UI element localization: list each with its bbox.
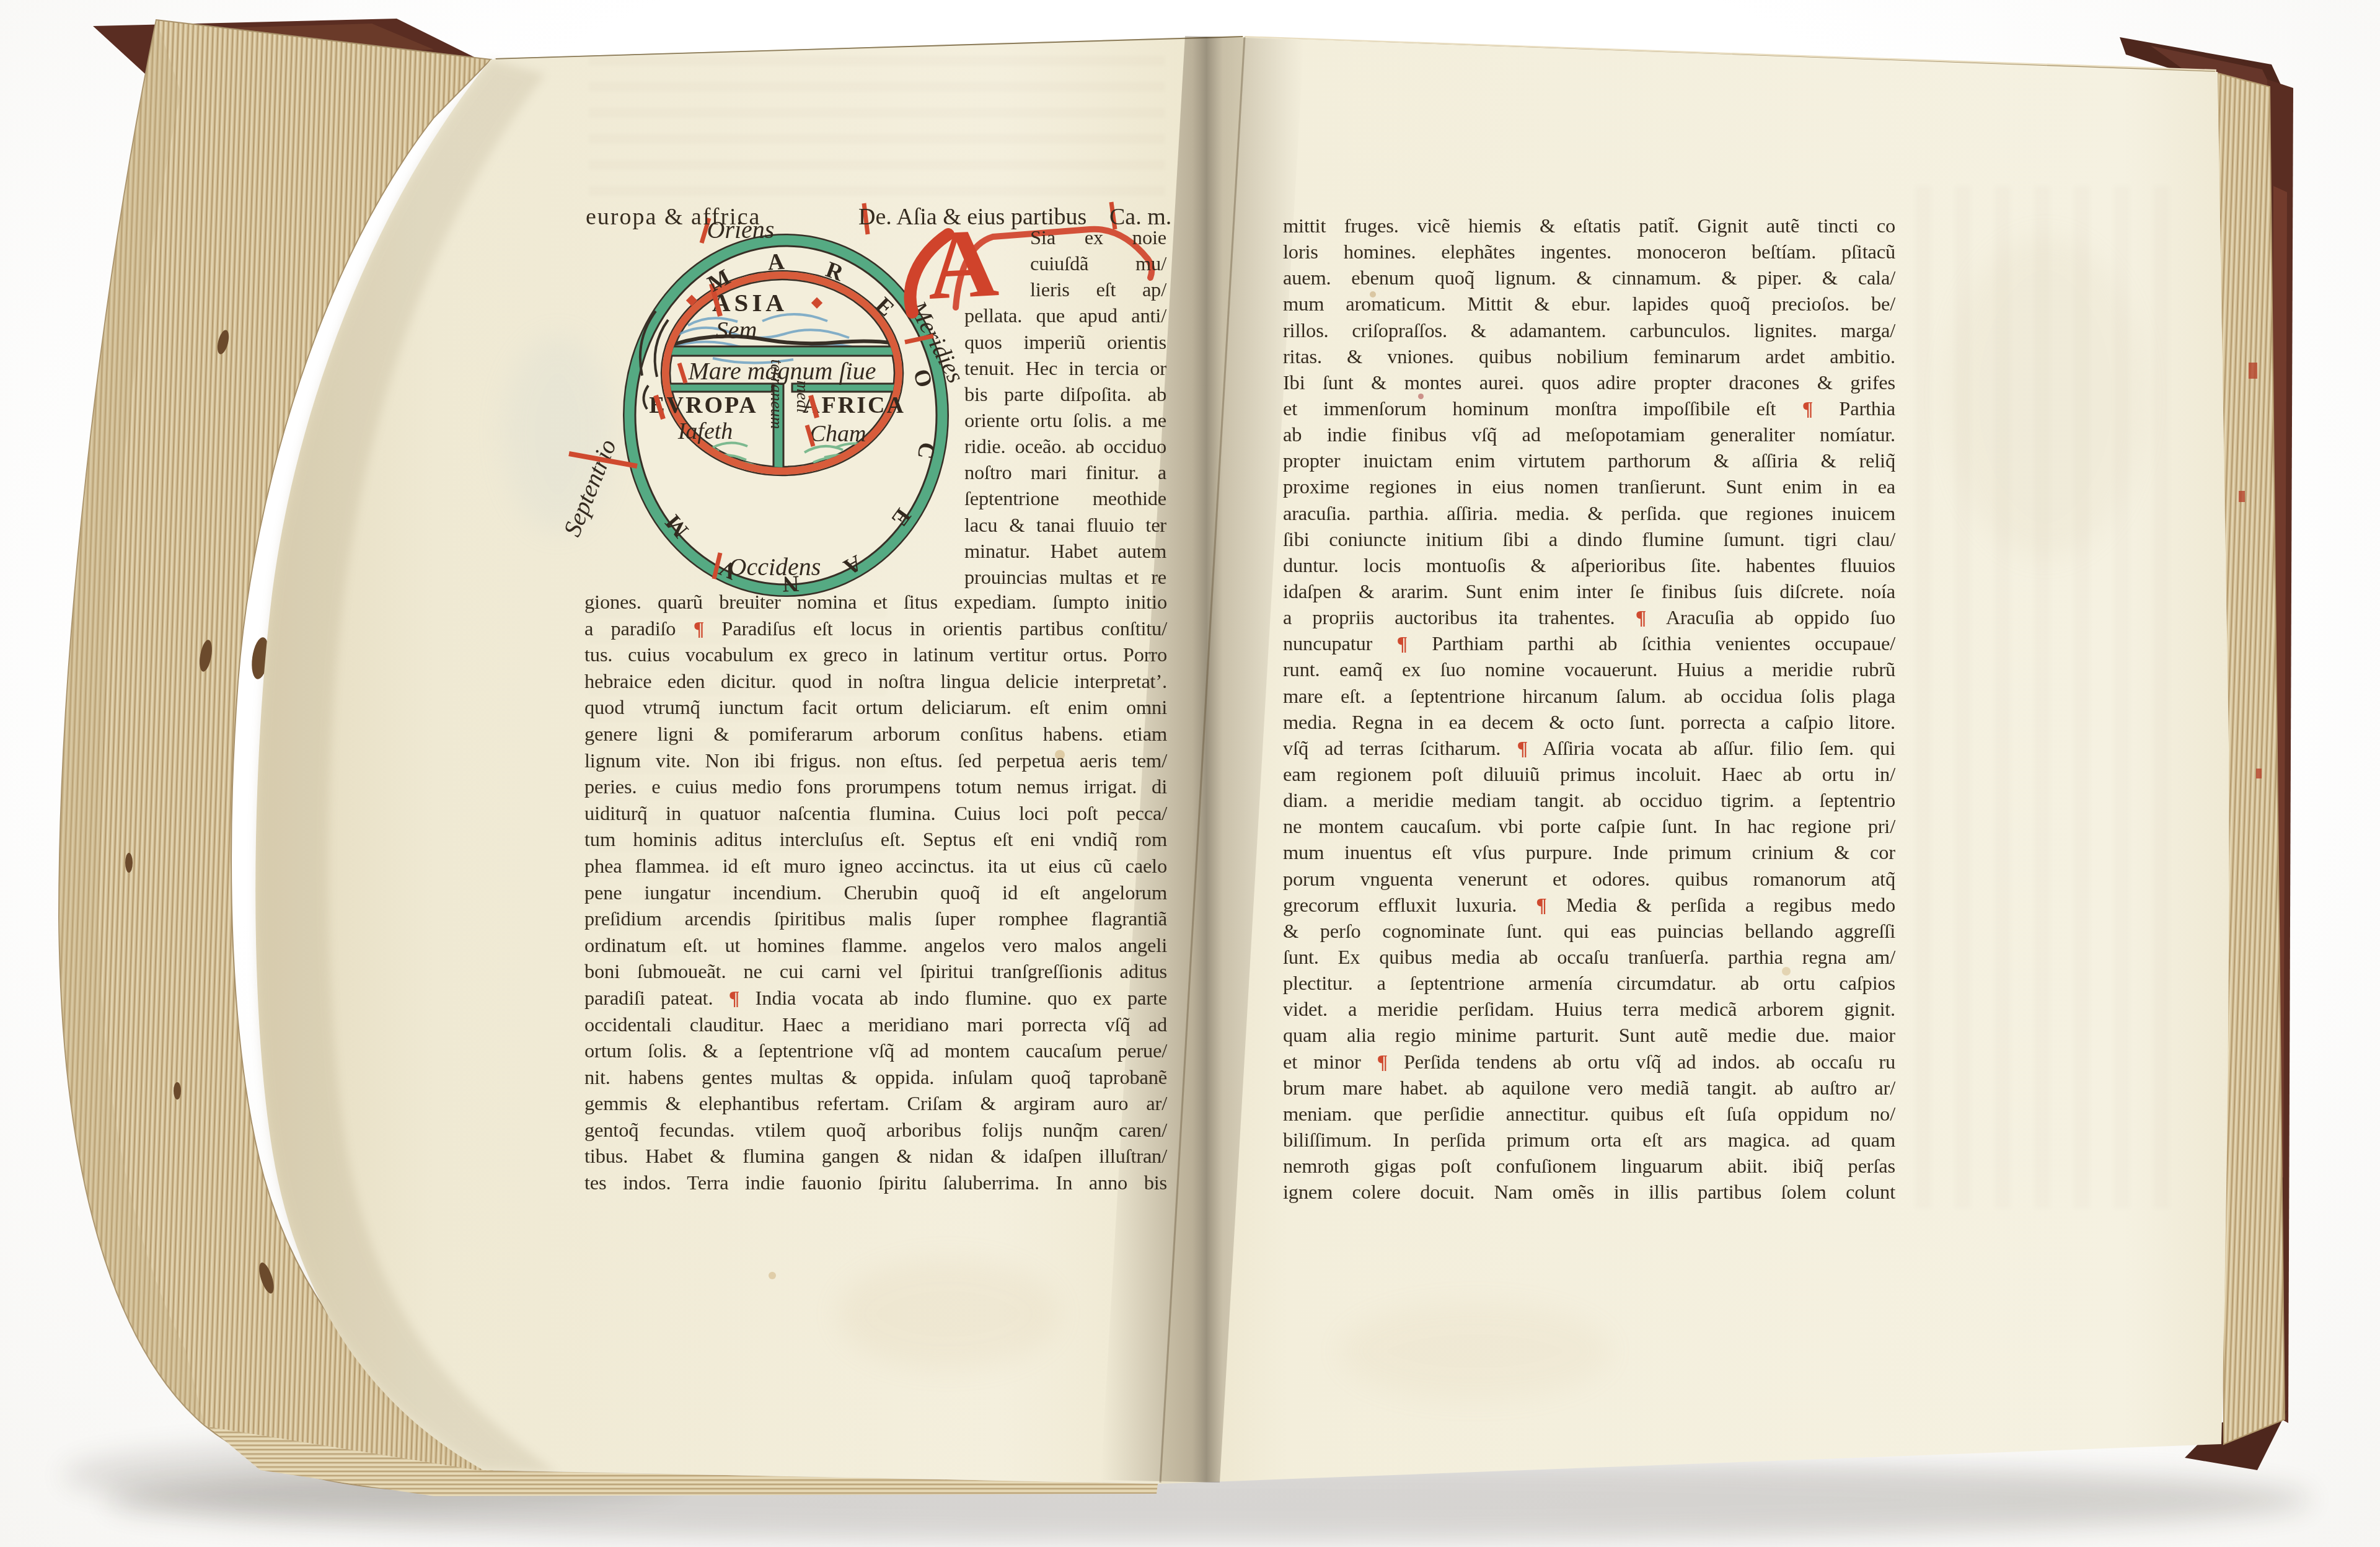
text-line: tibus. Habet & flumina gangen & nidan & … <box>584 1144 1167 1170</box>
text-segment: peries. e cuius medio fons prorumpens to… <box>584 776 1167 798</box>
text-line: noſtro mari finitur. a <box>964 460 1166 486</box>
text-segment: tes indos. Terra indie fauonio ſpiritu ſ… <box>584 1172 1167 1194</box>
text-line: et immenſorum hominum monſtra impoſſibil… <box>1283 396 1895 422</box>
text-segment: propter inuictam enim virtutem parthorum… <box>1283 450 1895 472</box>
text-segment: mum inuentus eſt vſus purpure. Inde prim… <box>1283 842 1895 864</box>
text-segment: lignum vite. Non ibi frigus. non eſtus. … <box>584 750 1167 772</box>
text-line: ortum ſolis. & a ſeptentrione vſq̃ ad mo… <box>584 1038 1167 1065</box>
occidens-label: Occidens <box>729 553 821 581</box>
text-segment: ab indie finibus vſq̃ ad meſopotamiam ge… <box>1283 424 1895 446</box>
text-line: eam regionem poſt diluuiũ primus incolui… <box>1283 762 1895 788</box>
cham-label: Cham <box>810 421 866 447</box>
text-segment: auem. ebenum quoq̃ lignum. & cinnamum. &… <box>1283 267 1895 289</box>
paragraph-mark: ¶ <box>1377 1051 1388 1073</box>
text-line: a propriis auctoribus ita trahentes. ¶ A… <box>1283 605 1895 631</box>
text-segment: meniam. que perſidie annectitur. quibus … <box>1283 1103 1895 1126</box>
text-line: biliſſimum. In perſida primum orta eſt a… <box>1283 1127 1895 1153</box>
text-segment: ortum ſolis. & a ſeptentrione vſq̃ ad mo… <box>584 1040 1167 1062</box>
text-segment: ſibi coniuncte initium ſibi a dindo flum… <box>1283 529 1895 551</box>
mediterraneum-left: terraneum <box>767 359 786 429</box>
text-line: idaſpen & ararim. Sunt enim inter ſe fin… <box>1283 579 1895 605</box>
text-segment: cuiuſdã mu/ <box>1030 253 1166 275</box>
text-line: videt. a meridie perſidam. Huius terra m… <box>1283 997 1895 1023</box>
text-line: ne montem caucaſum. vbi porte caſpie ſun… <box>1283 814 1895 840</box>
text-segment: pellata. que apud anti/ <box>964 305 1166 327</box>
text-line: auem. ebenum quoq̃ lignum. & cinnamum. &… <box>1283 265 1895 291</box>
text-segment: hebraice eden dicitur. quod in noſtra li… <box>584 671 1167 693</box>
text-line: paradiſi pateat. ¶ India vocata ab indo … <box>584 985 1167 1012</box>
text-line: plectitur. a ſeptentrione armenía circum… <box>1283 971 1895 997</box>
text-segment: grecorum effluxit luxuria. <box>1283 894 1536 917</box>
text-segment: tum hominis aditus intercluſus eſt. Sept… <box>584 829 1167 851</box>
text-segment: noſtro mari finitur. a <box>964 462 1166 484</box>
text-segment: gentoq̃ fecundas. vtilem quoq̃ arboribus… <box>584 1119 1167 1142</box>
left-page-column: Sia ex noiecuiuſdã mu/lieris eſt ap/pell… <box>964 225 1166 591</box>
paragraph-mark: ¶ <box>1802 398 1813 420</box>
text-segment: mare eſt. a ſeptentrione hircanum ſalum.… <box>1283 685 1895 708</box>
text-line: a paradiſo ¶ Paradiſus eſt locus in orie… <box>584 616 1167 643</box>
text-line: quam alia regio minime parturit. Sunt au… <box>1283 1023 1895 1049</box>
text-line: peries. e cuius medio fons prorumpens to… <box>584 774 1167 801</box>
text-segment: lieris eſt ap/ <box>1030 279 1166 301</box>
paragraph-mark: ¶ <box>694 618 704 640</box>
text-segment: idaſpen & ararim. Sunt enim inter ſe fin… <box>1283 581 1895 603</box>
running-title: europa & affrica <box>586 203 760 231</box>
text-segment: Aſſiria vocata ab aſſur. filio ſem. qui <box>1528 738 1895 760</box>
text-segment: a paradiſo <box>584 618 694 640</box>
text-line: & perſo cognominate ſunt. qui eas puinci… <box>1283 919 1895 945</box>
text-line: tum hominis aditus intercluſus eſt. Sept… <box>584 827 1167 853</box>
text-line: phea flammea. id eſt muro igneo accinctu… <box>584 853 1167 880</box>
text-segment: Perſida tendens ab ortu vſq̃ ad indos. a… <box>1388 1051 1895 1073</box>
septentrio-label: Septentrio <box>558 435 622 540</box>
text-segment: Parthiam parthi ab ſcithia venientes occ… <box>1408 633 1895 655</box>
text-line: tus. cuius vocabulum ex greco in latinum… <box>584 642 1167 669</box>
text-segment: & perſo cognominate ſunt. qui eas puinci… <box>1283 920 1895 943</box>
text-segment: quam alia regio minime parturit. Sunt au… <box>1283 1025 1895 1047</box>
text-segment: ridie. oceão. ab occiduo <box>964 436 1166 458</box>
text-line: quos imperiũ orientis <box>964 330 1166 356</box>
text-line: prouincias multas et re <box>964 565 1166 591</box>
text-segment: quod vtrumq̃ iunctum facit ortum delicia… <box>584 697 1167 719</box>
text-segment: brum mare habet. ab aquilone vero mediã … <box>1283 1077 1895 1100</box>
paragraph-mark: ¶ <box>1517 738 1527 760</box>
text-segment: phea flammea. id eſt muro igneo accinctu… <box>584 855 1167 878</box>
text-segment: Ibi ſunt & montes aurei. quos adire prop… <box>1283 372 1895 394</box>
text-line: nemroth gigas poſt confuſionem linguarum… <box>1283 1153 1895 1179</box>
text-line: brum mare habet. ab aquilone vero mediã … <box>1283 1075 1895 1101</box>
text-segment: et minor <box>1283 1051 1377 1073</box>
text-segment: ſunt. Ex quibus media ab occaſu tranſuer… <box>1283 946 1895 969</box>
text-segment: preſidium arcendis ſpiritibus malis ſupe… <box>584 908 1167 930</box>
left-page-text-block: giones. quarũ breuiter nomina et ſitus e… <box>584 589 1167 1197</box>
text-segment: eam regionem poſt diluuiũ primus incolui… <box>1283 764 1895 786</box>
text-segment: mum aromaticum. Mittit & ebur. lapides q… <box>1283 293 1895 315</box>
text-segment: ritas. & vniones. quibus nobilium femina… <box>1283 346 1895 368</box>
text-line: ordinatum eſt. ut homines flamme. angelo… <box>584 933 1167 959</box>
text-line: loris homines. elephãtes ingentes. monoc… <box>1283 239 1895 265</box>
text-line: lacu & tanai fluuio ter <box>964 513 1166 539</box>
text-line: uiditurq̃ in quatuor naſcentia flumina. … <box>584 801 1167 827</box>
text-line: nit. habens gentes multas & oppida. inſu… <box>584 1065 1167 1091</box>
text-line: vſq̃ ad terras ſcitharum. ¶ Aſſiria voca… <box>1283 736 1895 762</box>
text-segment: tibus. Habet & flumina gangen & nidan & … <box>584 1145 1167 1168</box>
text-segment: ordinatum eſt. ut homines flamme. angelo… <box>584 935 1167 957</box>
text-line: pene iungatur incendium. Cherubin quoq̃ … <box>584 880 1167 907</box>
text-line: ritas. & vniones. quibus nobilium femina… <box>1283 344 1895 370</box>
text-segment: lacu & tanai fluuio ter <box>964 514 1166 537</box>
text-line: ſeptentrione meothide <box>964 486 1166 512</box>
text-line: boni ſubmoueãt. ne cui carni vel ſpiritu… <box>584 959 1167 985</box>
text-line: mum aromaticum. Mittit & ebur. lapides q… <box>1283 291 1895 317</box>
text-segment: biliſſimum. In perſida primum orta eſt a… <box>1283 1129 1895 1152</box>
text-line: gemmis & elephantibus refertam. Criſam &… <box>584 1091 1167 1117</box>
text-segment: Paradiſus eſt locus in orientis partibus… <box>704 618 1167 640</box>
text-segment: paradiſi pateat. <box>584 987 729 1010</box>
text-segment: tus. cuius vocabulum ex greco in latinum… <box>584 644 1167 666</box>
text-line: mum inuentus eſt vſus purpure. Inde prim… <box>1283 840 1895 866</box>
text-segment: minatur. Habet autem <box>964 540 1166 563</box>
text-line: occidentali clauditur. Haec a meridiano … <box>584 1012 1167 1039</box>
text-segment: rillos. criſopraſſos. & adamantem. carbu… <box>1283 320 1895 342</box>
text-line: aracuſia. parthia. aſſiria. media. & per… <box>1283 501 1895 527</box>
text-line: grecorum effluxit luxuria. ¶ Media & per… <box>1283 892 1895 919</box>
text-line: Ibi ſunt & montes aurei. quos adire prop… <box>1283 370 1895 396</box>
text-line: ab indie finibus vſq̃ ad meſopotamiam ge… <box>1283 422 1895 448</box>
text-segment: videt. a meridie perſidam. Huius terra m… <box>1283 998 1895 1021</box>
text-line: minatur. Habet autem <box>964 539 1166 565</box>
text-segment: bis parte diſpoſita. ab <box>964 384 1166 406</box>
text-segment: duntur. locis montuoſis & aſperioribus ſ… <box>1283 555 1895 577</box>
paragraph-mark: ¶ <box>729 987 739 1010</box>
text-segment: Parthia <box>1813 398 1895 420</box>
text-line: et minor ¶ Perſida tendens ab ortu vſq̃ … <box>1283 1049 1895 1075</box>
text-line: tes indos. Terra indie fauonio ſpiritu ſ… <box>584 1170 1167 1197</box>
text-segment: occidentali clauditur. Haec a meridiano … <box>584 1014 1167 1036</box>
text-line: cuiuſdã mu/ <box>964 251 1166 277</box>
text-segment: Aracuſia ab oppido ſuo <box>1646 607 1895 629</box>
text-line: rillos. criſopraſſos. & adamantem. carbu… <box>1283 318 1895 344</box>
text-line: ignem colere docuit. Nam omẽs in illis p… <box>1283 1179 1895 1205</box>
paragraph-mark: ¶ <box>1636 607 1646 629</box>
text-line: bis parte diſpoſita. ab <box>964 382 1166 408</box>
text-segment: uiditurq̃ in quatuor naſcentia flumina. … <box>584 803 1167 825</box>
text-line: lieris eſt ap/ <box>964 277 1166 303</box>
text-segment: diam. a meridie mediam tangit. ab occidu… <box>1283 790 1895 812</box>
text-line: ridie. oceão. ab occiduo <box>964 434 1166 460</box>
text-line: gentoq̃ fecundas. vtilem quoq̃ arboribus… <box>584 1117 1167 1144</box>
text-line: genere ligni & pomiferarum arborum conſi… <box>584 721 1167 748</box>
text-segment: gemmis & elephantibus refertam. Criſam &… <box>584 1093 1167 1115</box>
text-segment: aracuſia. parthia. aſſiria. media. & per… <box>1283 503 1895 525</box>
text-line: quod vtrumq̃ iunctum facit ortum delicia… <box>584 695 1167 721</box>
text-segment: mittit fruges. vicẽ hiemis & eſtatis pat… <box>1283 215 1895 237</box>
text-line: duntur. locis montuoſis & aſperioribus ſ… <box>1283 553 1895 579</box>
text-line: porum vnguenta venerunt et odores. quibu… <box>1283 866 1895 892</box>
right-page-text-block: mittit fruges. vicẽ hiemis & eſtatis pat… <box>1283 213 1895 1205</box>
europa-label: EVROPA <box>649 392 758 418</box>
paragraph-mark: ¶ <box>1536 894 1546 917</box>
text-line: preſidium arcendis ſpiritibus malis ſupe… <box>584 906 1167 933</box>
text-line: hebraice eden dicitur. quod in noſtra li… <box>584 669 1167 695</box>
text-segment: runt. eamq̃ ex ſuo nomine vocauerunt. Hu… <box>1283 659 1895 681</box>
text-segment: ſeptentrione meothide <box>964 488 1166 510</box>
text-line: ſunt. Ex quibus media ab occaſu tranſuer… <box>1283 945 1895 971</box>
text-line: meniam. que perſidie annectitur. quibus … <box>1283 1101 1895 1127</box>
text-line: mare eſt. a ſeptentrione hircanum ſalum.… <box>1283 684 1895 710</box>
text-line: oriente ortu ſolis. a me <box>964 408 1166 434</box>
photographed-book-spread: ASIA Sem Mare magnum ſiue medi terraneum… <box>0 0 2380 1547</box>
text-line: runt. eamq̃ ex ſuo nomine vocauerunt. Hu… <box>1283 657 1895 683</box>
paragraph-mark: ¶ <box>1397 633 1408 655</box>
text-segment: oriente ortu ſolis. a me <box>964 410 1166 432</box>
text-segment: proxime regiones in eius nomen tranſieru… <box>1283 476 1895 498</box>
text-segment: porum vnguenta venerunt et odores. quibu… <box>1283 868 1895 891</box>
text-segment: boni ſubmoueãt. ne cui carni vel ſpiritu… <box>584 961 1167 983</box>
text-line: proxime regiones in eius nomen tranſieru… <box>1283 474 1895 500</box>
text-line: tenuit. Hec in tercia or <box>964 356 1166 382</box>
text-segment: giones. quarũ breuiter nomina et ſitus e… <box>584 591 1167 614</box>
text-segment: nit. habens gentes multas & oppida. inſu… <box>584 1067 1167 1089</box>
text-segment: prouincias multas et re <box>964 566 1166 589</box>
text-segment: media. Regna in ea decem & octo ſunt. po… <box>1283 712 1895 734</box>
text-segment: tenuit. Hec in tercia or <box>964 358 1166 380</box>
text-segment: pene iungatur incendium. Cherubin quoq̃ … <box>584 882 1167 904</box>
text-line: diam. a meridie mediam tangit. ab occidu… <box>1283 788 1895 814</box>
text-line: mittit fruges. vicẽ hiemis & eſtatis pat… <box>1283 213 1895 239</box>
text-segment: vſq̃ ad terras ſcitharum. <box>1283 738 1517 760</box>
text-segment: genere ligni & pomiferarum arborum conſi… <box>584 723 1167 746</box>
text-segment: Sia ex noie <box>1030 227 1166 249</box>
text-segment: plectitur. a ſeptentrione armenía circum… <box>1283 972 1895 995</box>
text-line: ſibi coniuncte initium ſibi a dindo flum… <box>1283 527 1895 553</box>
text-segment: quos imperiũ orientis <box>964 332 1166 354</box>
text-line: media. Regna in ea decem & octo ſunt. po… <box>1283 710 1895 736</box>
text-line: propter inuictam enim virtutem parthorum… <box>1283 448 1895 474</box>
text-line: nuncupatur ¶ Parthiam parthi ab ſcithia … <box>1283 631 1895 657</box>
text-segment: a propriis auctoribus ita trahentes. <box>1283 607 1636 629</box>
text-segment: nemroth gigas poſt confuſionem linguarum… <box>1283 1155 1895 1178</box>
text-segment: nuncupatur <box>1283 633 1397 655</box>
text-line: giones. quarũ breuiter nomina et ſitus e… <box>584 589 1167 616</box>
text-segment: Media & perſida a regibus medo <box>1547 894 1895 917</box>
text-segment: India vocata ab indo flumine. quo ex par… <box>739 987 1167 1010</box>
text-line: Sia ex noie <box>964 225 1166 251</box>
text-line: lignum vite. Non ibi frigus. non eſtus. … <box>584 748 1167 775</box>
iafeth-label: Iafeth <box>677 418 733 444</box>
text-segment: ne montem caucaſum. vbi porte caſpie ſun… <box>1283 816 1895 838</box>
text-line: pellata. que apud anti/ <box>964 303 1166 329</box>
text-segment: et immenſorum hominum monſtra impoſſibil… <box>1283 398 1802 420</box>
text-segment: loris homines. elephãtes ingentes. monoc… <box>1283 241 1895 263</box>
text-segment: ignem colere docuit. Nam omẽs in illis p… <box>1283 1181 1895 1204</box>
t-crossbar <box>667 346 897 356</box>
